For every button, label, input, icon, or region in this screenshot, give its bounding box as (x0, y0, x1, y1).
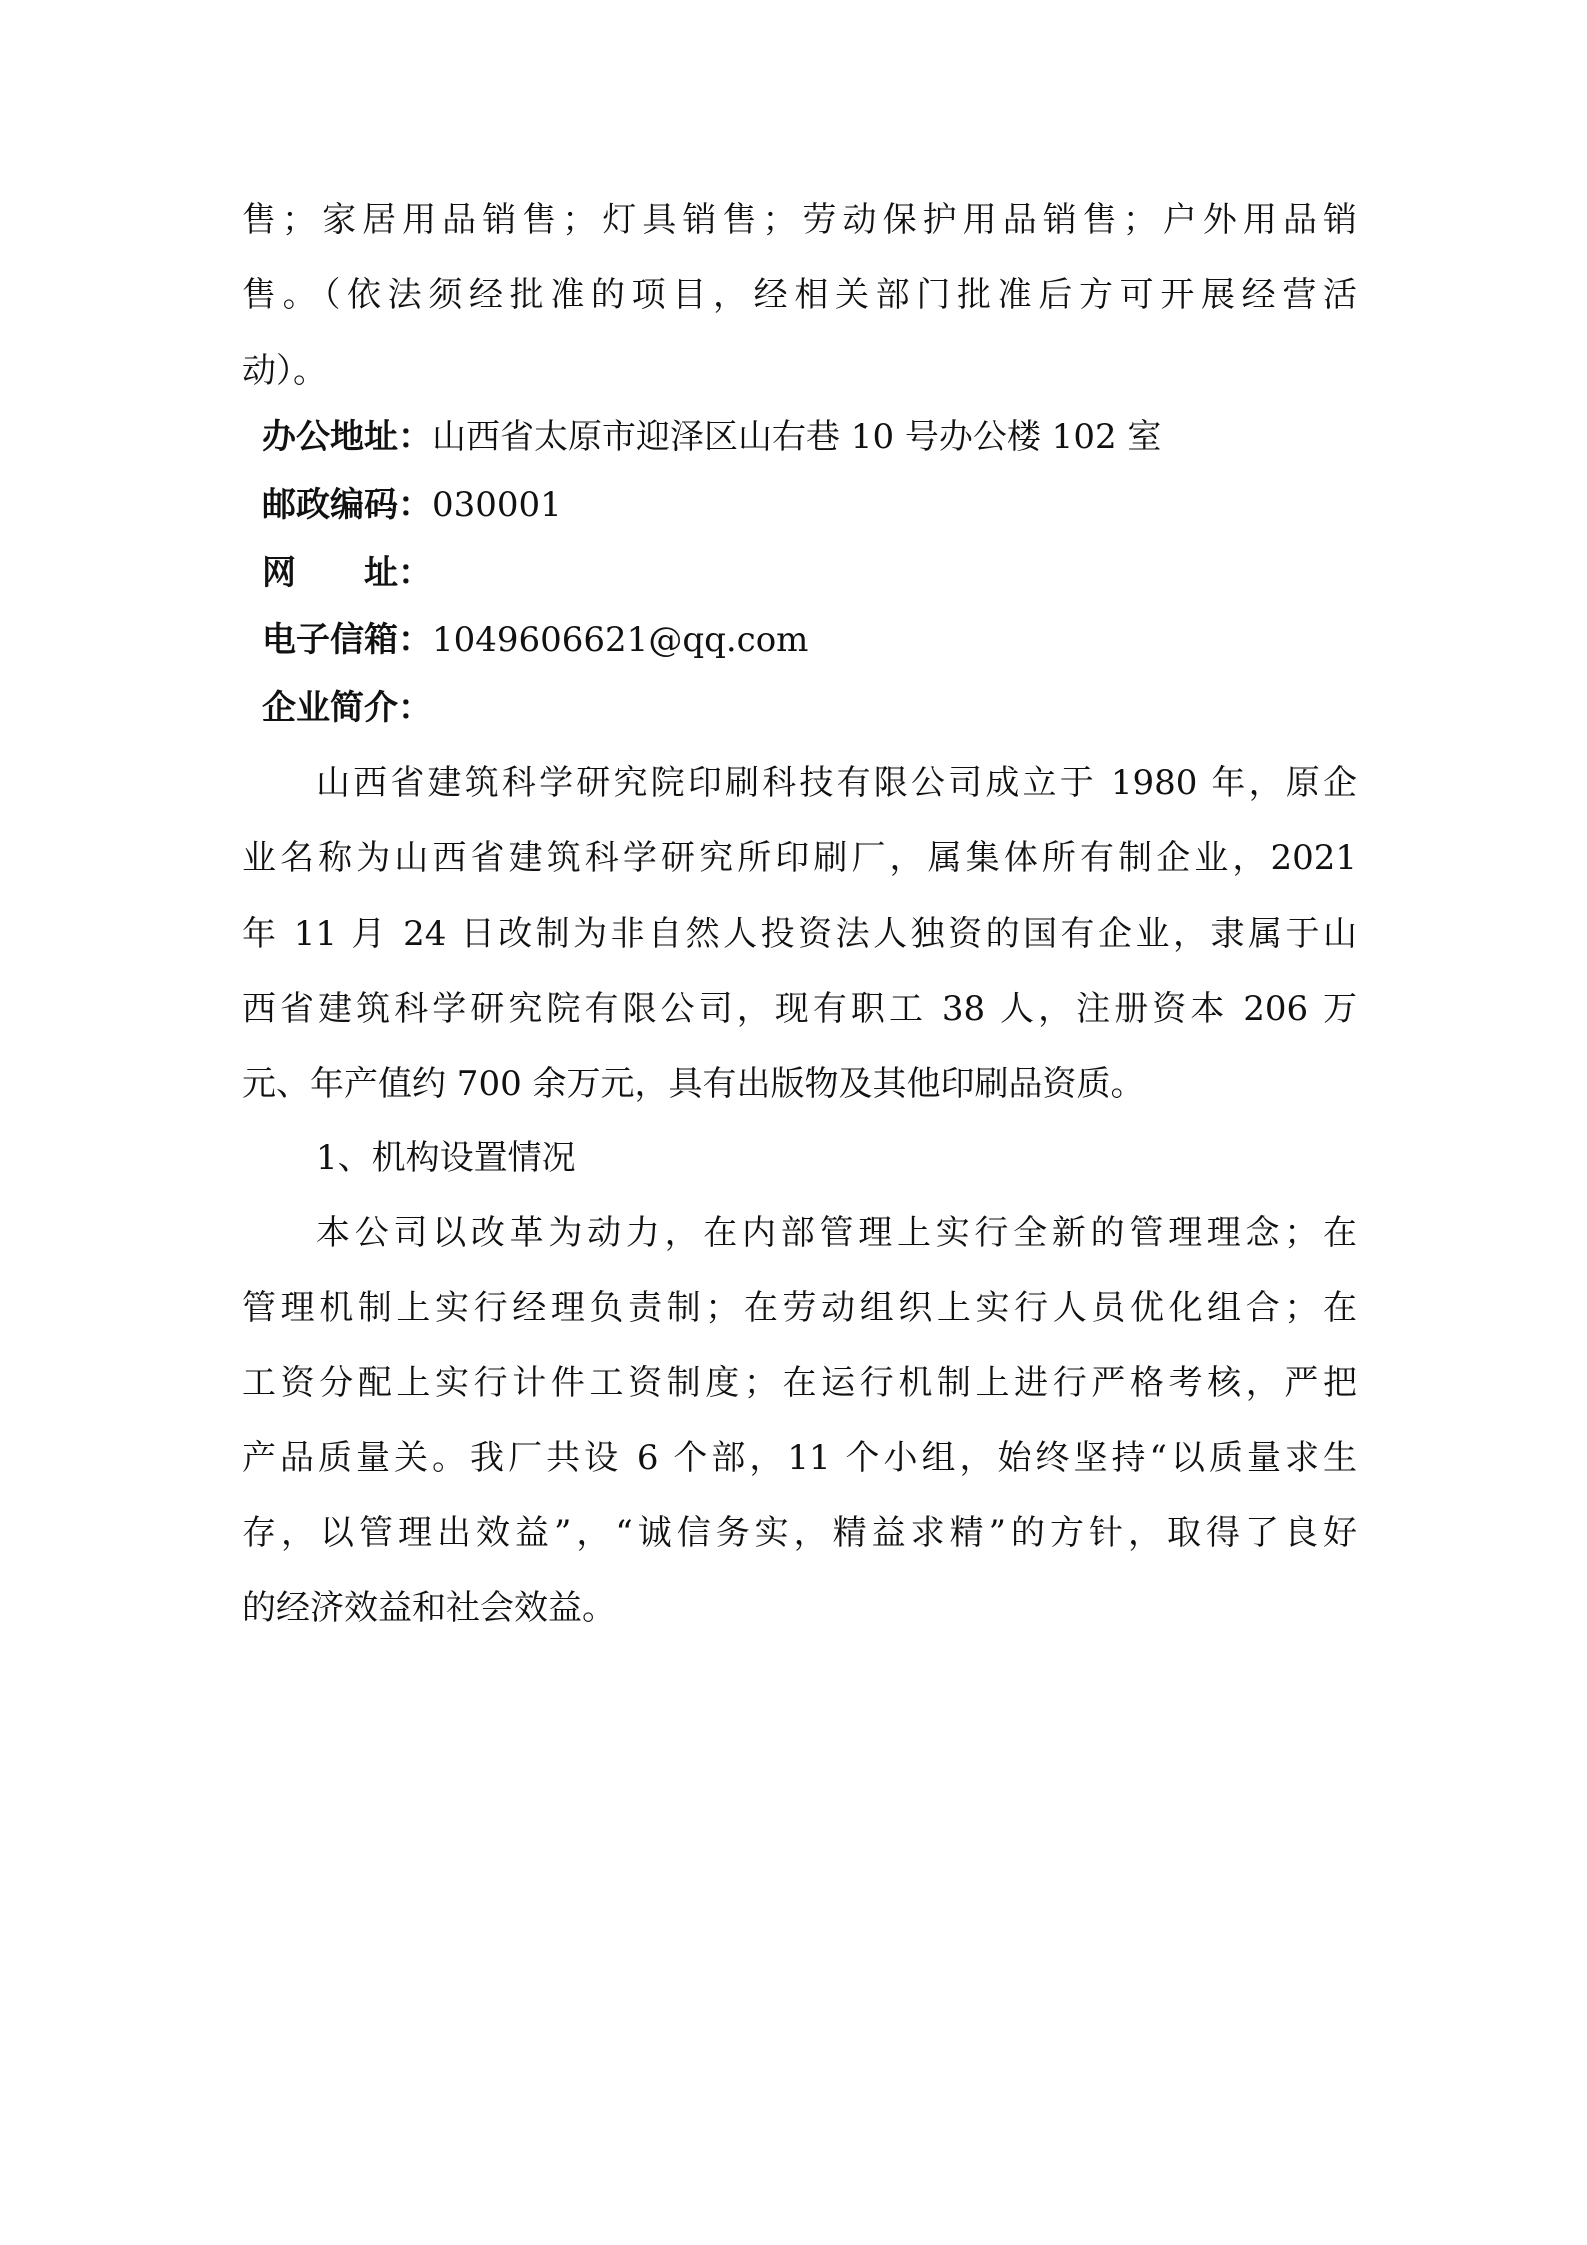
field-office-address: 办公地址：山西省太原市迎泽区山右巷 10 号办公楼 102 室 (262, 415, 1377, 459)
intro-line-3: 年 11 月 24 日改制为非自然人投资法人独资的国有企业，隶属于山 (242, 912, 1357, 956)
field-label: 邮政编码： (262, 485, 432, 525)
section-line-2: 管理机制上实行经理负责制；在劳动组织上实行人员优化组合；在 (242, 1286, 1357, 1330)
continuation-line-2: 售。（依法须经批准的项目，经相关部门批准后方可开展经营活 (242, 273, 1357, 317)
field-label: 企业简介： (262, 688, 432, 728)
field-value: 1049606621@qq.com (432, 620, 808, 660)
intro-line-2: 业名称为山西省建筑科学研究所印刷厂，属集体所有制企业，2021 (242, 836, 1357, 880)
field-label: 网 址： (262, 553, 432, 593)
field-value: 030001 (432, 485, 562, 525)
section-heading: 1、机构设置情况 (316, 1136, 1357, 1180)
field-postal-code: 邮政编码：030001 (262, 483, 1377, 527)
field-company-profile: 企业简介： (262, 686, 1377, 730)
section-line-4: 产品质量关。我厂共设 6 个部，11 个小组，始终坚持“以质量求生 (242, 1436, 1357, 1480)
continuation-line-1: 售；家居用品销售；灯具销售；劳动保护用品销售；户外用品销 (242, 198, 1357, 242)
field-label: 电子信箱： (262, 620, 432, 660)
section-line-6: 的经济效益和社会效益。 (242, 1586, 1357, 1630)
intro-line-1: 山西省建筑科学研究院印刷科技有限公司成立于 1980 年，原企 (316, 761, 1357, 805)
continuation-line-3: 动）。 (242, 349, 1357, 393)
intro-line-4: 西省建筑科学研究院有限公司，现有职工 38 人，注册资本 206 万 (242, 987, 1357, 1031)
intro-line-5: 元、年产值约 700 余万元，具有出版物及其他印刷品资质。 (242, 1062, 1357, 1106)
section-line-3: 工资分配上实行计件工资制度；在运行机制上进行严格考核，严把 (242, 1361, 1357, 1405)
field-email: 电子信箱：1049606621@qq.com (262, 618, 1377, 662)
section-line-1: 本公司以改革为动力，在内部管理上实行全新的管理理念；在 (316, 1211, 1357, 1255)
field-value: 山西省太原市迎泽区山右巷 10 号办公楼 102 室 (432, 417, 1161, 457)
field-label: 办公地址： (262, 417, 432, 457)
field-website: 网 址： (262, 551, 1377, 595)
section-line-5: 存，以管理出效益”，“诚信务实，精益求精”的方针，取得了良好 (242, 1511, 1357, 1555)
